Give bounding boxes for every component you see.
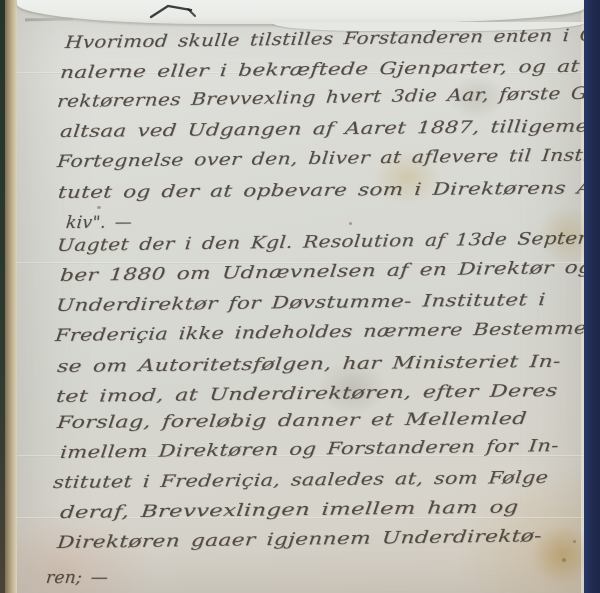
handwriting-line: Direktøren gaaer igjennem Underdirektø- [56,526,543,553]
handwriting-line: ren; — [45,568,109,588]
manuscript-page: Hvorimod skulle tilstilles Forstanderen … [17,0,585,593]
page-stack-edge-left [5,0,17,593]
handwriting-line: Hvorimod skulle tilstilles Forstanderen … [64,25,600,53]
paper-speck [349,222,352,225]
handwriting-line: deraf, Brevvexlingen imellem ham og [59,497,519,523]
paper-speck [562,558,566,562]
handwriting-line: Uagtet der i den Kgl. Resolution af 13de… [56,228,600,256]
handwriting-line: altsaa ved Udgangen af Aaret 1887, tilli… [59,116,600,142]
handwriting-line: Frederiçia ikke indeholdes nærmere Beste… [54,318,600,346]
right-background-cloth [584,0,600,593]
handwriting-line: imellem Direktøren og Forstanderen for I… [59,436,559,463]
handwriting-line: kiv". — [65,213,133,233]
handwriting-line: Underdirektør for Døvstumme- Institutet … [55,290,546,316]
manuscript-photograph: Hvorimod skulle tilstilles Forstanderen … [0,0,600,593]
handwriting-line: nalerne eller i bekræftede Gjenparter, o… [59,56,600,83]
handwriting-line: Forslag, foreløbig danner et Mellemled [56,409,528,433]
handwriting-line: se om Autoritetsfølgen, har Ministeriet … [56,352,562,377]
paper-speck [573,540,576,543]
handwriting-line: rektørernes Brevvexling hvert 3die Aar, … [56,83,600,112]
faint-ink-smear [25,18,73,22]
handwriting-line: stitutet i Frederiçia, saaledes at, som … [52,468,549,493]
handwriting-line: Fortegnelse over den, bliver at aflevere… [56,145,598,172]
paper-speck [97,206,101,209]
handwriting-line: tet imod, at Underdirektøren, efter Dere… [55,381,558,407]
previous-page-edge [17,0,584,24]
handwriting-line: tutet og der at opbevare som i Direktøre… [57,178,600,203]
